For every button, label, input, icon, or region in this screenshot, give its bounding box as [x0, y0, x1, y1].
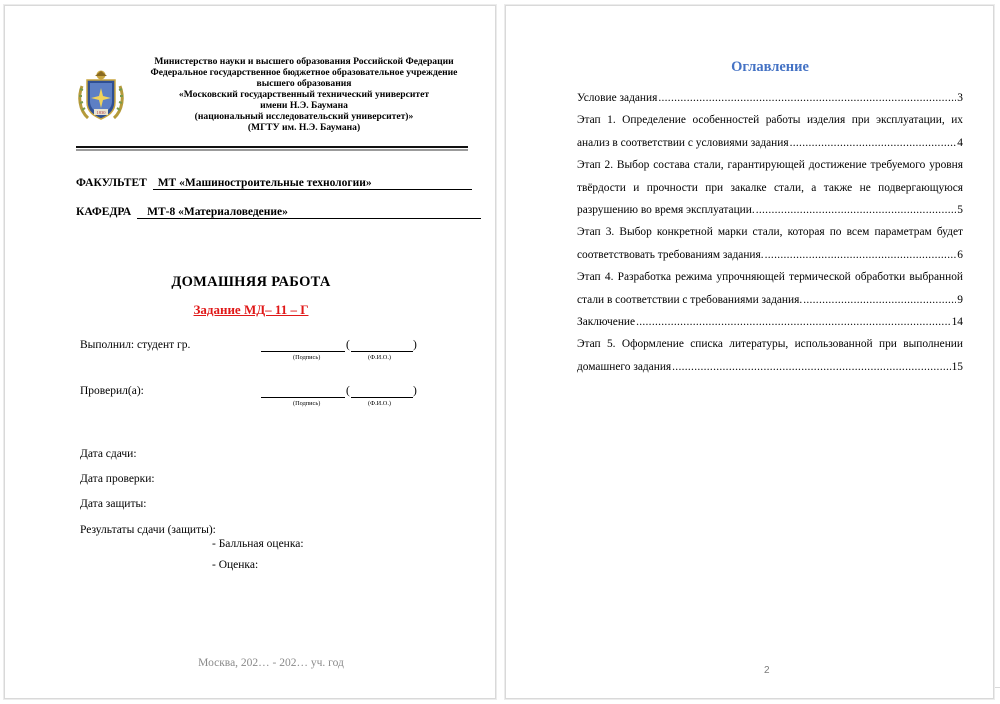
- toc-entry-text: Этап 5. Оформление списка литературы, ис…: [577, 333, 963, 355]
- toc-leader-dots: [672, 356, 950, 378]
- toc-entry-text: Этап 2. Выбор состава стали, гарантирующ…: [577, 154, 963, 176]
- header-divider-shadow: [76, 149, 468, 151]
- header-line-education-level: высшего образования: [134, 78, 474, 89]
- toc-entry-text: домашнего задания: [577, 356, 671, 378]
- faculty-label: ФАКУЛЬТЕТ: [76, 177, 147, 189]
- checked-by-signature-line: [261, 397, 345, 398]
- toc-leader-dots: [765, 244, 957, 266]
- toc-page-number: 15: [952, 356, 963, 378]
- institution-name: Министерство науки и высшего образования…: [134, 56, 474, 133]
- svg-text:1830: 1830: [97, 110, 107, 115]
- toc-entry-text: Условие задания: [577, 87, 657, 109]
- toc-leader-dots: [658, 87, 956, 109]
- toc-entry-stage-4[interactable]: Этап 4. Разработка режима упрочняющей те…: [577, 266, 963, 311]
- toc-entry-text: Этап 1. Определение особенностей работы …: [577, 109, 963, 131]
- toc-page-number: 4: [957, 132, 963, 154]
- review-date-label: Дата проверки:: [80, 473, 155, 485]
- faculty-value: МТ «Машиностроительные технологии»: [153, 177, 472, 190]
- performed-by-signature-line: [261, 351, 345, 352]
- toc-entry-stage-5[interactable]: Этап 5. Оформление списка литературы, ис…: [577, 333, 963, 378]
- performed-by-paren-open: (: [346, 339, 350, 351]
- checked-by-signature-caption: (Подпись): [293, 400, 320, 407]
- toc-entry-conclusion[interactable]: Заключение 14: [577, 311, 963, 333]
- toc-entry-text: Заключение: [577, 311, 635, 333]
- score-label: - Балльная оценка:: [212, 538, 304, 550]
- results-label: Результаты сдачи (защиты):: [80, 524, 216, 536]
- page-table-of-contents: Оглавление Условие задания 3 Этап 1. Опр…: [505, 5, 994, 699]
- toc-entry-text: твёрдости и прочности при закалке стали,…: [577, 177, 963, 199]
- toc-entry-text: соответствовать требованиям задания.: [577, 244, 764, 266]
- toc-page-number: 5: [957, 199, 963, 221]
- assignment-code: Задание МД– 11 – Г: [5, 302, 497, 318]
- toc-page-number: 9: [957, 289, 963, 311]
- toc-entry-task-conditions[interactable]: Условие задания 3: [577, 87, 963, 109]
- header-line-ministry: Министерство науки и высшего образования…: [134, 56, 474, 67]
- toc-page-number: 3: [957, 87, 963, 109]
- header-line-abbreviation: (МГТУ им. Н.Э. Баумана): [134, 122, 474, 133]
- performed-by-label: Выполнил: студент гр.: [80, 339, 190, 351]
- toc-entry-stage-2[interactable]: Этап 2. Выбор состава стали, гарантирующ…: [577, 154, 963, 221]
- submission-date-label: Дата сдачи:: [80, 448, 137, 460]
- performed-by-name-caption: (Ф.И.О.): [368, 354, 391, 361]
- university-header: 1830 Министерство науки и высшего образо…: [76, 56, 468, 146]
- header-divider: [76, 146, 468, 148]
- performed-by-signature-caption: (Подпись): [293, 354, 320, 361]
- toc-entry-text: стали в соответствии с требованиями зада…: [577, 289, 802, 311]
- document-title: ДОМАШНЯЯ РАБОТА: [5, 274, 497, 291]
- performed-by-paren-close: ): [413, 339, 417, 351]
- table-of-contents: Условие задания 3 Этап 1. Определение ос…: [577, 87, 963, 378]
- toc-entry-text: разрушению во время эксплуатации.: [577, 199, 755, 221]
- toc-page-number: 6: [957, 244, 963, 266]
- page-number: 2: [764, 665, 770, 676]
- header-line-institution-type: Федеральное государственное бюджетное об…: [134, 67, 474, 78]
- checked-by-name-line: [351, 397, 413, 398]
- defense-date-label: Дата защиты:: [80, 498, 146, 510]
- toc-leader-dots: [756, 199, 957, 221]
- toc-entry-text: анализ в соответствии с условиями задани…: [577, 132, 789, 154]
- toc-entry-text: Этап 3. Выбор конкретной марки стали, ко…: [577, 221, 963, 243]
- toc-entry-stage-3[interactable]: Этап 3. Выбор конкретной марки стали, ко…: [577, 221, 963, 266]
- department-field: КАФЕДРА МТ-8 «Материаловедение»: [76, 206, 481, 219]
- department-value: МТ-8 «Материаловедение»: [137, 206, 481, 219]
- header-line-university-name: «Московский государственный технический …: [134, 89, 474, 100]
- grade-label: - Оценка:: [212, 559, 258, 571]
- university-emblem-icon: 1830: [76, 68, 126, 124]
- checked-by-paren-open: (: [346, 385, 350, 397]
- header-line-research-status: (национальный исследовательский универси…: [134, 111, 474, 122]
- toc-leader-dots: [790, 132, 957, 154]
- page-title-sheet: 1830 Министерство науки и высшего образо…: [4, 5, 496, 699]
- checked-by-label: Проверил(а):: [80, 385, 144, 397]
- toc-title: Оглавление: [506, 59, 1000, 76]
- document-viewer: 1830 Министерство науки и высшего образо…: [0, 0, 1000, 704]
- performed-by-name-line: [351, 351, 413, 352]
- toc-entry-stage-1[interactable]: Этап 1. Определение особенностей работы …: [577, 109, 963, 154]
- header-line-named-after: имени Н.Э. Баумана: [134, 100, 474, 111]
- faculty-field: ФАКУЛЬТЕТ МТ «Машиностроительные техноло…: [76, 177, 472, 190]
- page-edge-marker: [995, 687, 1000, 688]
- department-label: КАФЕДРА: [76, 206, 131, 218]
- toc-entry-text: Этап 4. Разработка режима упрочняющей те…: [577, 266, 963, 288]
- toc-leader-dots: [636, 311, 951, 333]
- toc-page-number: 14: [952, 311, 963, 333]
- checked-by-name-caption: (Ф.И.О.): [368, 400, 391, 407]
- city-year-footer: Москва, 202… - 202… уч. год: [5, 657, 537, 669]
- toc-leader-dots: [803, 289, 956, 311]
- checked-by-paren-close: ): [413, 385, 417, 397]
